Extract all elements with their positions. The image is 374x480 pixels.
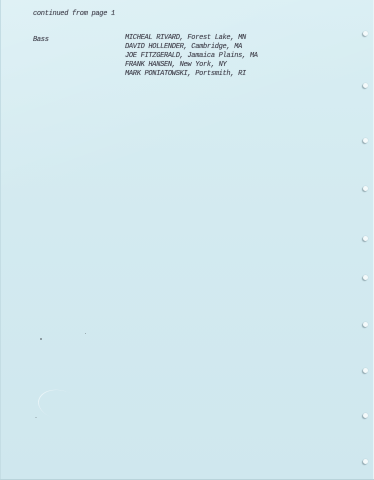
punch-hole <box>363 31 368 36</box>
punch-hole <box>363 322 368 327</box>
punch-hole <box>363 138 368 143</box>
paper-speck <box>85 333 86 334</box>
roster-entry: MICHEAL RIVARD, Forest Lake, MN <box>125 34 258 43</box>
roster-entry: FRANK HANSEN, New York, NY <box>125 61 258 70</box>
scanned-page: continued from page 1 Bass MICHEAL RIVAR… <box>0 0 374 480</box>
punch-hole <box>363 459 368 464</box>
roster-entry: JOE FITZGERALD, Jamaica Plains, MA <box>125 52 258 61</box>
punch-hole <box>363 236 368 241</box>
punch-hole <box>363 368 368 373</box>
paper-crease <box>34 382 87 428</box>
roster-entry: DAVID HOLLENDER, Cambridge, MA <box>125 43 258 52</box>
punch-hole <box>363 413 368 418</box>
roster-entry: MARK PONIATOWSKI, Portsmith, RI <box>125 70 258 79</box>
paper-speck <box>35 417 37 418</box>
punch-hole <box>363 83 368 88</box>
continuation-note: continued from page 1 <box>33 10 115 19</box>
paper-speck <box>40 338 42 340</box>
roster-list: MICHEAL RIVARD, Forest Lake, MN DAVID HO… <box>125 34 258 79</box>
section-label: Bass <box>33 36 49 45</box>
punch-hole <box>363 275 368 280</box>
punch-hole <box>363 186 368 191</box>
